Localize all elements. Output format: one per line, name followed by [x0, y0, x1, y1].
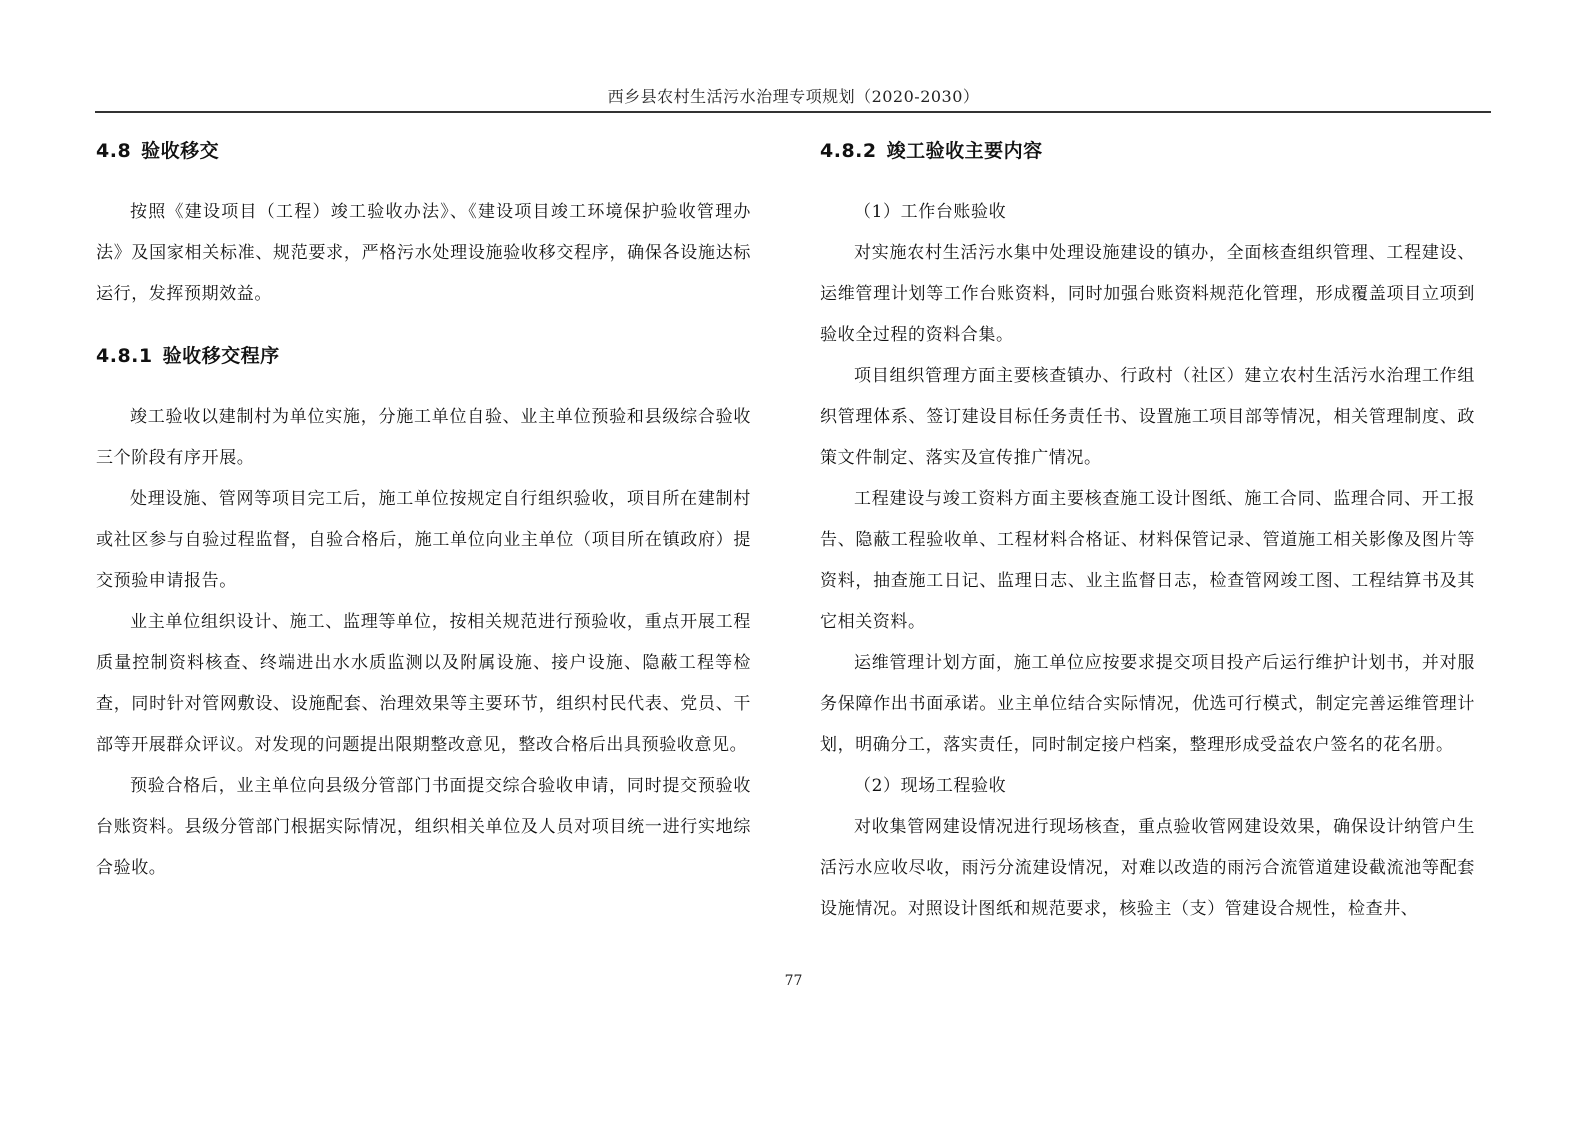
paragraph: 运维管理计划方面，施工单位应按要求提交项目投产后运行维护计划书，并对服务保障作出…	[820, 643, 1475, 766]
subsection-title: （2）现场工程验收	[820, 766, 1475, 807]
page-number: 77	[0, 973, 1587, 989]
section-heading-4-8: 4.8验收移交	[96, 130, 751, 172]
paragraph: 项目组织管理方面主要核查镇办、行政村（社区）建立农村生活污水治理工作组织管理体系…	[820, 356, 1475, 479]
section-number: 4.8.2	[820, 140, 877, 162]
section-title: 验收移交	[141, 140, 219, 162]
section-title: 验收移交程序	[163, 345, 280, 367]
section-title: 竣工验收主要内容	[887, 140, 1043, 162]
paragraph: 对实施农村生活污水集中处理设施建设的镇办，全面核查组织管理、工程建设、运维管理计…	[820, 233, 1475, 356]
paragraph: 对收集管网建设情况进行现场核查，重点验收管网建设效果，确保设计纳管户生活污水应收…	[820, 807, 1475, 930]
section-number: 4.8.1	[96, 345, 153, 367]
section-heading-4-8-2: 4.8.2竣工验收主要内容	[820, 130, 1475, 172]
subsection-title: （1）工作台账验收	[820, 192, 1475, 233]
header-rule	[95, 111, 1491, 113]
paragraph: 竣工验收以建制村为单位实施，分施工单位自验、业主单位预验和县级综合验收三个阶段有…	[96, 397, 751, 479]
right-column: 4.8.2竣工验收主要内容 （1）工作台账验收 对实施农村生活污水集中处理设施建…	[820, 130, 1475, 930]
paragraph: 业主单位组织设计、施工、监理等单位，按相关规范进行预验收，重点开展工程质量控制资…	[96, 602, 751, 766]
paragraph: 预验合格后，业主单位向县级分管部门书面提交综合验收申请，同时提交预验收台账资料。…	[96, 766, 751, 889]
left-column: 4.8验收移交 按照《建设项目（工程）竣工验收办法》、《建设项目竣工环境保护验收…	[96, 130, 751, 889]
section-number: 4.8	[96, 140, 131, 162]
paragraph: 处理设施、管网等项目完工后，施工单位按规定自行组织验收，项目所在建制村或社区参与…	[96, 479, 751, 602]
paragraph: 按照《建设项目（工程）竣工验收办法》、《建设项目竣工环境保护验收管理办法》及国家…	[96, 192, 751, 315]
paragraph: 工程建设与竣工资料方面主要核查施工设计图纸、施工合同、监理合同、开工报告、隐蔽工…	[820, 479, 1475, 643]
section-heading-4-8-1: 4.8.1验收移交程序	[96, 335, 751, 377]
page-header-title: 西乡县农村生活污水治理专项规划（2020-2030）	[0, 84, 1587, 107]
